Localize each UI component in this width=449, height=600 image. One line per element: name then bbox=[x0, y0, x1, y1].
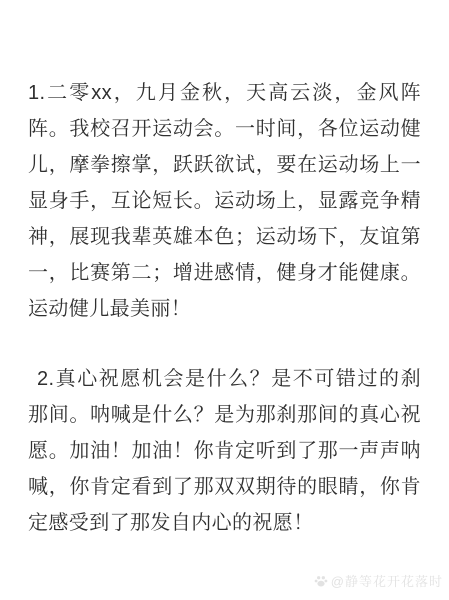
document-page: 1.二零xx，九月金秋，天高云淡，金风阵阵。我校召开运动会。一时间，各位运动健儿… bbox=[0, 0, 449, 600]
paragraph-1: 1.二零xx，九月金秋，天高云淡，金风阵阵。我校召开运动会。一时间，各位运动健儿… bbox=[28, 75, 421, 327]
watermark: @静等花开花落时 bbox=[314, 571, 443, 590]
paw-icon bbox=[314, 574, 328, 588]
paragraph-2: 2.真心祝愿机会是什么？是不可错过的刹那间。呐喊是什么？是为那刹那间的真心祝愿。… bbox=[28, 361, 421, 541]
watermark-text: @静等花开花落时 bbox=[331, 571, 443, 590]
